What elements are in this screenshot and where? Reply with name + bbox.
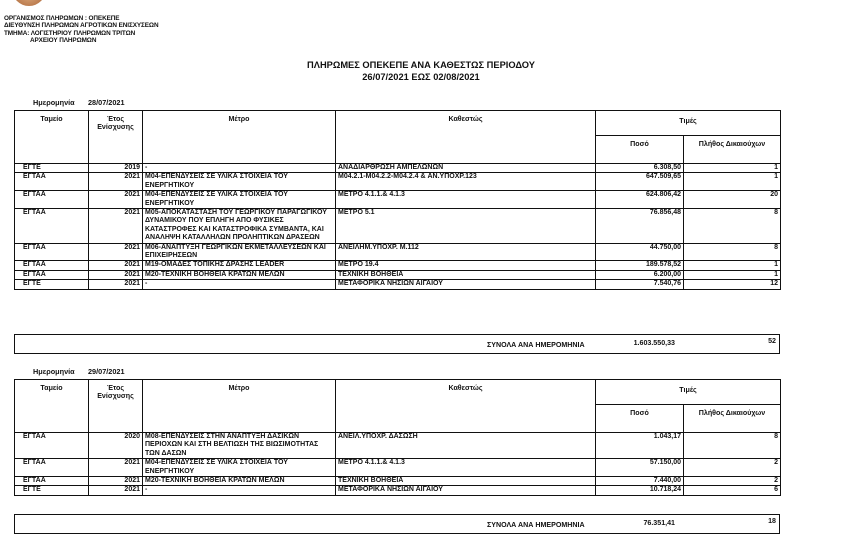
measure-cell: M20-ΤΕΧΝΙΚΗ ΒΟΗΘΕΙΑ ΚΡΑΤΩΝ ΜΕΛΩΝ — [143, 270, 336, 279]
organization-header: ΟΡΓΑΝΙΣΜΟΣ ΠΛΗΡΩΜΩΝ : ΟΠΕΚΕΠΕ ΔΙΕΥΘΥΝΣΗ … — [4, 15, 158, 45]
year-cell: 2021 — [89, 209, 143, 244]
fund-cell: ΕΓΤΕ — [15, 280, 89, 289]
section-date: 29/07/2021 — [88, 367, 125, 376]
table-row: ΕΓΤΑΑ2021M06-ΑΝΑΠΤΥΞΗ ΓΕΩΡΓΙΚΩΝ ΕΚΜΕΤΑΛΛ… — [15, 243, 781, 261]
totals-label: ΣΥΝΟΛΑ ΑΝΑ ΗΜΕΡΟΜΗΝΙΑ — [487, 341, 585, 349]
col-beneficiaries: Πλήθος Δικαιούχων — [684, 136, 781, 164]
amount-cell: 10.718,24 — [596, 486, 684, 495]
year-cell: 2021 — [89, 459, 143, 477]
col-year: Έτος Ενίσχυσης — [89, 111, 143, 164]
scheme-cell: ΜΕΤΡΟ 19.4 — [336, 261, 596, 270]
org-line: ΔΙΕΥΘΥΝΣΗ ΠΛΗΡΩΜΩΝ ΑΓΡΟΤΙΚΩΝ ΕΝΙΣΧΥΣΕΩΝ — [4, 22, 158, 29]
table-row: ΕΓΤΑΑ2021M20-ΤΕΧΝΙΚΗ ΒΟΗΘΕΙΑ ΚΡΑΤΩΝ ΜΕΛΩ… — [15, 477, 781, 486]
measure-cell: M05-ΑΠΟΚΑΤΑΣΤΑΣΗ ΤΟΥ ΓΕΩΡΓΙΚΟΥ ΠΑΡΑΓΩΓΙΚ… — [143, 209, 336, 244]
amount-cell: 189.578,52 — [596, 261, 684, 270]
section-date: 28/07/2021 — [88, 98, 125, 107]
amount-cell: 57.150,00 — [596, 459, 684, 477]
organization-seal-logo — [12, 0, 46, 6]
scheme-cell: ΑΝΕΙΛΗΜ.ΥΠΟΧΡ. M.112 — [336, 243, 596, 261]
measure-cell: M04-ΕΠΕΝΔΥΣΕΙΣ ΣΕ ΥΛΙΚΑ ΣΤΟΙΧΕΙΑ ΤΟΥ ΕΝΕ… — [143, 459, 336, 477]
scheme-cell: ΜΕΤΑΦΟΡΙΚΑ ΝΗΣΙΩΝ ΑΙΓΑΙΟΥ — [336, 280, 596, 289]
amount-cell: 647.509,65 — [596, 173, 684, 191]
table-row: ΕΓΤΑΑ2021M04-ΕΠΕΝΔΥΣΕΙΣ ΣΕ ΥΛΙΚΑ ΣΤΟΙΧΕΙ… — [15, 191, 781, 209]
scheme-cell: ΜΕΤΡΟ 4.1.1.& 4.1.3 — [336, 459, 596, 477]
section-date-line: Ημερομηνία29/07/2021 — [33, 367, 125, 376]
beneficiaries-cell: 2 — [684, 459, 781, 477]
beneficiaries-cell: 20 — [684, 191, 781, 209]
table-row: ΕΓΤΑΑ2021M04-ΕΠΕΝΔΥΣΕΙΣ ΣΕ ΥΛΙΚΑ ΣΤΟΙΧΕΙ… — [15, 459, 781, 477]
section-totals-row: ΣΥΝΟΛΑ ΑΝΑ ΗΜΕΡΟΜΗΝΙΑ 1.603.550,33 52 — [14, 334, 780, 354]
table-row: ΕΓΤΑΑ2021M20-ΤΕΧΝΙΚΗ ΒΟΗΘΕΙΑ ΚΡΑΤΩΝ ΜΕΛΩ… — [15, 270, 781, 279]
col-beneficiaries: Πλήθος Δικαιούχων — [684, 405, 781, 433]
amount-cell: 44.750,00 — [596, 243, 684, 261]
col-fund: Ταμείο — [15, 380, 89, 433]
col-scheme: Καθεστώς — [336, 111, 596, 164]
beneficiaries-cell: 8 — [684, 433, 781, 459]
scheme-cell: ΤΕΧΝΙΚΗ ΒΟΗΘΕΙΑ — [336, 270, 596, 279]
year-cell: 2021 — [89, 486, 143, 495]
section-totals-row: ΣΥΝΟΛΑ ΑΝΑ ΗΜΕΡΟΜΗΝΙΑ 76.351,41 18 — [14, 514, 780, 534]
beneficiaries-cell: 6 — [684, 486, 781, 495]
measure-cell: - — [143, 486, 336, 495]
beneficiaries-cell: 1 — [684, 261, 781, 270]
year-cell: 2019 — [89, 164, 143, 173]
col-values: Τιμές — [596, 380, 781, 405]
measure-cell: M08-ΕΠΕΝΔΥΣΕΙΣ ΣΤΗΝ ΑΝΑΠΤΥΞΗ ΔΑΣΙΚΩΝ ΠΕΡ… — [143, 433, 336, 459]
table-row: ΕΓΤΑΑ2020M08-ΕΠΕΝΔΥΣΕΙΣ ΣΤΗΝ ΑΝΑΠΤΥΞΗ ΔΑ… — [15, 433, 781, 459]
fund-cell: ΕΓΤΑΑ — [15, 261, 89, 270]
measure-cell: - — [143, 280, 336, 289]
beneficiaries-cell: 12 — [684, 280, 781, 289]
scheme-cell: ΤΕΧΝΙΚΗ ΒΟΗΘΕΙΑ — [336, 477, 596, 486]
table-row: ΕΓΤΕ2019-ΑΝΑΔΙΑΡΘΡΩΣΗ ΑΜΠΕΛΩΝΩΝ6.308,501 — [15, 164, 781, 173]
amount-cell: 6.200,00 — [596, 270, 684, 279]
col-year: Έτος Ενίσχυσης — [89, 380, 143, 433]
date-label: Ημερομηνία — [33, 367, 88, 376]
measure-cell: - — [143, 164, 336, 173]
beneficiaries-cell: 8 — [684, 243, 781, 261]
col-scheme: Καθεστώς — [336, 380, 596, 433]
total-amount: 76.351,41 — [643, 519, 675, 527]
col-amount: Ποσό — [596, 136, 684, 164]
scheme-cell: M04.2.1-M04.2.2-M04.2.4 & ΑΝ.ΥΠΟΧΡ.123 — [336, 173, 596, 191]
beneficiaries-cell: 1 — [684, 270, 781, 279]
fund-cell: ΕΓΤΕ — [15, 164, 89, 173]
fund-cell: ΕΓΤΑΑ — [15, 270, 89, 279]
report-period: 26/07/2021 ΕΩΣ 02/08/2021 — [0, 72, 842, 84]
scheme-cell: ΑΝΑΔΙΑΡΘΡΩΣΗ ΑΜΠΕΛΩΝΩΝ — [336, 164, 596, 173]
beneficiaries-cell: 1 — [684, 173, 781, 191]
org-line: ΟΡΓΑΝΙΣΜΟΣ ΠΛΗΡΩΜΩΝ : ΟΠΕΚΕΠΕ — [4, 15, 158, 22]
fund-cell: ΕΓΤΕ — [15, 486, 89, 495]
amount-cell: 7.540,76 — [596, 280, 684, 289]
section-date-line: Ημερομηνία28/07/2021 — [33, 98, 125, 107]
total-beneficiaries: 52 — [768, 337, 776, 345]
payments-table: Ταμείο Έτος Ενίσχυσης Μέτρο Καθεστώς Τιμ… — [14, 110, 781, 290]
scheme-cell: ΜΕΤΡΟ 4.1.1.& 4.1.3 — [336, 191, 596, 209]
amount-cell: 1.043,17 — [596, 433, 684, 459]
col-measure: Μέτρο — [143, 380, 336, 433]
table-row: ΕΓΤΑΑ2021M05-ΑΠΟΚΑΤΑΣΤΑΣΗ ΤΟΥ ΓΕΩΡΓΙΚΟΥ … — [15, 209, 781, 244]
report-title-block: ΠΛΗΡΩΜΕΣ ΟΠΕΚΕΠΕ ΑΝΑ ΚΑΘΕΣΤΩΣ ΠΕΡΙΟΔΟΥ 2… — [0, 60, 842, 83]
col-values: Τιμές — [596, 111, 781, 136]
measure-cell: M04-ΕΠΕΝΔΥΣΕΙΣ ΣΕ ΥΛΙΚΑ ΣΤΟΙΧΕΙΑ ΤΟΥ ΕΝΕ… — [143, 173, 336, 191]
fund-cell: ΕΓΤΑΑ — [15, 209, 89, 244]
col-amount: Ποσό — [596, 405, 684, 433]
scheme-cell: ΑΝΕΙΛ.ΥΠΟΧΡ. ΔΑΣΩΣΗ — [336, 433, 596, 459]
table-row: ΕΓΤΕ2021-ΜΕΤΑΦΟΡΙΚΑ ΝΗΣΙΩΝ ΑΙΓΑΙΟΥ7.540,… — [15, 280, 781, 289]
date-label: Ημερομηνία — [33, 98, 88, 107]
year-cell: 2021 — [89, 477, 143, 486]
amount-cell: 76.856,48 — [596, 209, 684, 244]
year-cell: 2021 — [89, 261, 143, 270]
fund-cell: ΕΓΤΑΑ — [15, 173, 89, 191]
report-title: ΠΛΗΡΩΜΕΣ ΟΠΕΚΕΠΕ ΑΝΑ ΚΑΘΕΣΤΩΣ ΠΕΡΙΟΔΟΥ — [0, 60, 842, 72]
amount-cell: 6.308,50 — [596, 164, 684, 173]
fund-cell: ΕΓΤΑΑ — [15, 477, 89, 486]
total-beneficiaries: 18 — [768, 517, 776, 525]
fund-cell: ΕΓΤΑΑ — [15, 459, 89, 477]
amount-cell: 624.806,42 — [596, 191, 684, 209]
col-measure: Μέτρο — [143, 111, 336, 164]
year-cell: 2021 — [89, 173, 143, 191]
table-row: ΕΓΤΕ2021-ΜΕΤΑΦΟΡΙΚΑ ΝΗΣΙΩΝ ΑΙΓΑΙΟΥ10.718… — [15, 486, 781, 495]
year-cell: 2020 — [89, 433, 143, 459]
fund-cell: ΕΓΤΑΑ — [15, 243, 89, 261]
year-cell: 2021 — [89, 280, 143, 289]
measure-cell: M06-ΑΝΑΠΤΥΞΗ ΓΕΩΡΓΙΚΩΝ ΕΚΜΕΤΑΛΛΕΥΣΕΩΝ ΚΑ… — [143, 243, 336, 261]
amount-cell: 7.440,00 — [596, 477, 684, 486]
year-cell: 2021 — [89, 270, 143, 279]
fund-cell: ΕΓΤΑΑ — [15, 433, 89, 459]
measure-cell: M04-ΕΠΕΝΔΥΣΕΙΣ ΣΕ ΥΛΙΚΑ ΣΤΟΙΧΕΙΑ ΤΟΥ ΕΝΕ… — [143, 191, 336, 209]
fund-cell: ΕΓΤΑΑ — [15, 191, 89, 209]
col-fund: Ταμείο — [15, 111, 89, 164]
measure-cell: M20-ΤΕΧΝΙΚΗ ΒΟΗΘΕΙΑ ΚΡΑΤΩΝ ΜΕΛΩΝ — [143, 477, 336, 486]
scheme-cell: ΜΕΤΡΟ 5.1 — [336, 209, 596, 244]
year-cell: 2021 — [89, 191, 143, 209]
table-row: ΕΓΤΑΑ2021M04-ΕΠΕΝΔΥΣΕΙΣ ΣΕ ΥΛΙΚΑ ΣΤΟΙΧΕΙ… — [15, 173, 781, 191]
org-line: ΑΡΧΕΙΟΥ ΠΛΗΡΩΜΩΝ — [4, 37, 158, 44]
payments-table: Ταμείο Έτος Ενίσχυσης Μέτρο Καθεστώς Τιμ… — [14, 379, 781, 496]
beneficiaries-cell: 8 — [684, 209, 781, 244]
scheme-cell: ΜΕΤΑΦΟΡΙΚΑ ΝΗΣΙΩΝ ΑΙΓΑΙΟΥ — [336, 486, 596, 495]
beneficiaries-cell: 2 — [684, 477, 781, 486]
table-row: ΕΓΤΑΑ2021M19-ΟΜΑΔΕΣ ΤΟΠΙΚΗΣ ΔΡΑΣΗΣ LEADE… — [15, 261, 781, 270]
org-line: ΤΜΗΜΑ: ΛΟΓΙΣΤΗΡΙΟΥ ΠΛΗΡΩΜΩΝ ΤΡΙΤΩΝ — [4, 30, 158, 37]
beneficiaries-cell: 1 — [684, 164, 781, 173]
total-amount: 1.603.550,33 — [634, 339, 675, 347]
totals-label: ΣΥΝΟΛΑ ΑΝΑ ΗΜΕΡΟΜΗΝΙΑ — [487, 521, 585, 529]
year-cell: 2021 — [89, 243, 143, 261]
measure-cell: M19-ΟΜΑΔΕΣ ΤΟΠΙΚΗΣ ΔΡΑΣΗΣ LEADER — [143, 261, 336, 270]
